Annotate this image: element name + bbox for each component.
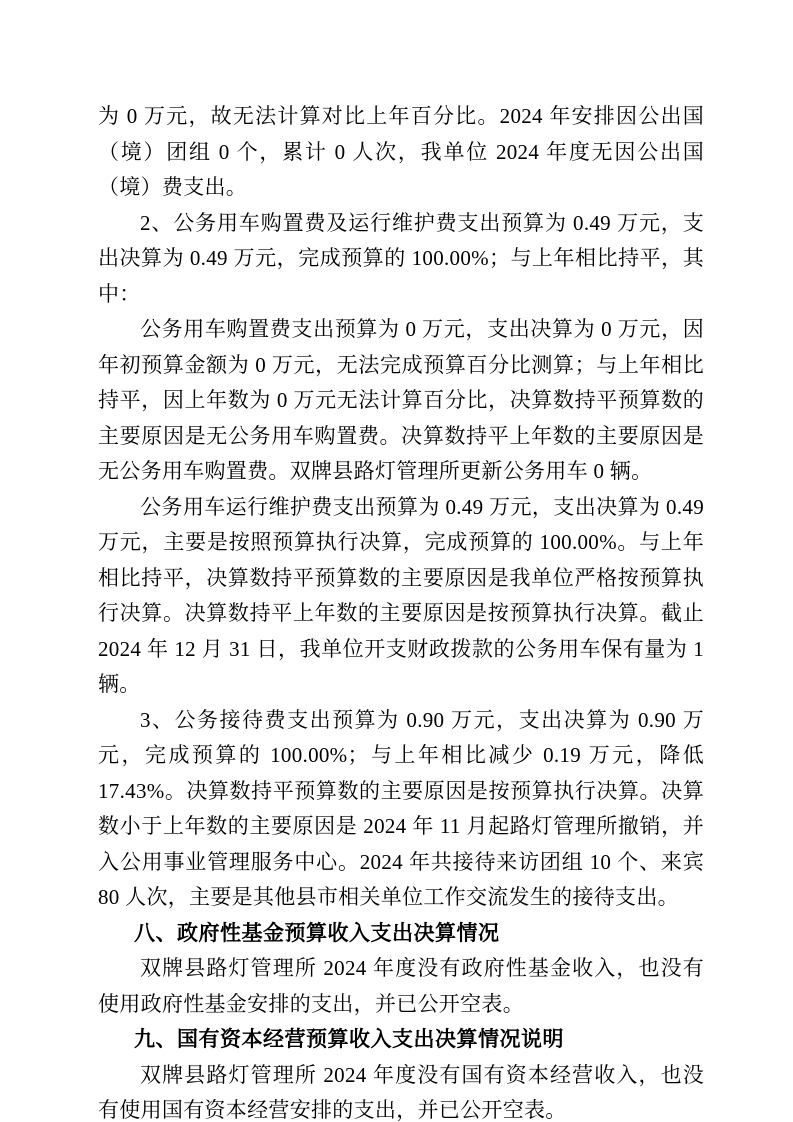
heading-section-8-government-fund: 八、政府性基金预算收入支出决算情况 xyxy=(98,916,704,952)
paragraph-item3-official-reception: 3、公务接待费支出预算为 0.90 万元，支出决算为 0.90 万元，完成预算的… xyxy=(98,703,704,916)
heading-section-9-state-capital: 九、国有资本经营预算收入支出决算情况说明 xyxy=(98,1022,704,1058)
paragraph-vehicle-purchase: 公务用车购置费支出预算为 0 万元，支出决算为 0 万元，因年初预算金额为 0 … xyxy=(98,312,704,490)
paragraph-overseas-travel-carryover: 为 0 万元，故无法计算对比上年百分比。2024 年安排因公出国（境）团组 0 … xyxy=(98,99,704,206)
paragraph-vehicle-maintenance: 公务用车运行维护费支出预算为 0.49 万元，支出决算为 0.49 万元，主要是… xyxy=(98,490,704,703)
paragraph-item2-vehicle-total: 2、公务用车购置费及运行维护费支出预算为 0.49 万元，支出决算为 0.49 … xyxy=(98,206,704,313)
document-page: 为 0 万元，故无法计算对比上年百分比。2024 年安排因公出国（境）团组 0 … xyxy=(0,0,793,1122)
paragraph-state-capital: 双牌县路灯管理所 2024 年度没有国有资本经营收入，也没有使用国有资本经营安排… xyxy=(98,1058,704,1122)
paragraph-government-fund: 双牌县路灯管理所 2024 年度没有政府性基金收入，也没有使用政府性基金安排的支… xyxy=(98,951,704,1022)
document-content-area: 为 0 万元，故无法计算对比上年百分比。2024 年安排因公出国（境）团组 0 … xyxy=(98,99,704,1122)
